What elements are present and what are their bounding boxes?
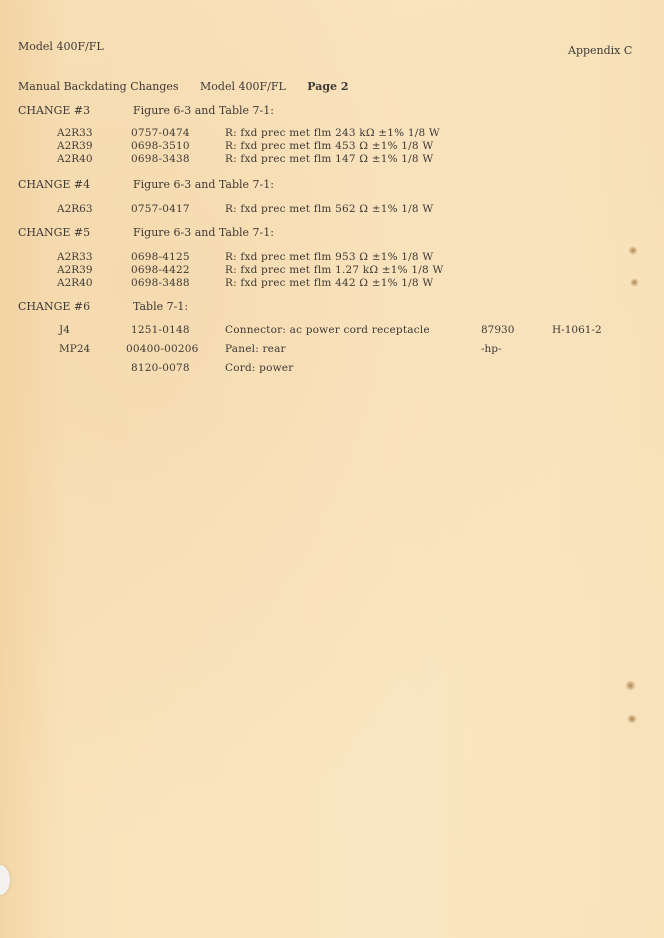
change-6-row-3-desc: Cord: power	[225, 362, 293, 374]
change-5-row-2-ref: A2R39	[57, 264, 93, 276]
change-3-row-3-ref: A2R40	[57, 153, 93, 165]
change-5-row-3-part: 0698-3488	[131, 277, 190, 289]
change-5-row-2-desc: R: fxd prec met flm 1.27 kΩ ±1% 1/8 W	[225, 264, 443, 276]
change-5-row-3-ref: A2R40	[57, 277, 93, 289]
change-5-row-1-desc: R: fxd prec met flm 953 Ω ±1% 1/8 W	[225, 251, 433, 263]
change-5-row-2-part: 0698-4422	[131, 264, 190, 276]
change-5-row-1-ref: A2R33	[57, 251, 93, 263]
subheader-model: Model 400F/FL	[200, 80, 286, 93]
header-model: Model 400F/FL	[18, 40, 104, 53]
subheader-page: Page 2	[307, 80, 348, 93]
change-4-row-1-desc: R: fxd prec met flm 562 Ω ±1% 1/8 W	[225, 203, 433, 215]
change-6-label: CHANGE #6	[18, 300, 90, 313]
change-6-row-1-mfr-part: H-1061-2	[552, 324, 602, 336]
change-6-row-2-part: 00400-00206	[126, 343, 199, 355]
change-3-row-1-part: 0757-0474	[131, 127, 190, 139]
change-3-row-1-desc: R: fxd prec met flm 243 kΩ ±1% 1/8 W	[225, 127, 440, 139]
change-6-row-3-part: 8120-0078	[131, 362, 190, 374]
change-5-row-3-desc: R: fxd prec met flm 442 Ω ±1% 1/8 W	[225, 277, 433, 289]
change-4-reference: Figure 6-3 and Table 7-1:	[133, 178, 274, 191]
change-3-row-2-part: 0698-3510	[131, 140, 190, 152]
change-6-row-1-ref: J4	[59, 324, 70, 336]
change-4-row-1-part: 0757-0417	[131, 203, 190, 215]
stain-mark	[627, 714, 637, 724]
stain-mark	[625, 680, 636, 691]
change-3-label: CHANGE #3	[18, 104, 90, 117]
change-3-row-1-ref: A2R33	[57, 127, 93, 139]
change-3-reference: Figure 6-3 and Table 7-1:	[133, 104, 274, 117]
change-6-row-2-desc: Panel: rear	[225, 343, 286, 355]
change-5-reference: Figure 6-3 and Table 7-1:	[133, 226, 274, 239]
change-5-label: CHANGE #5	[18, 226, 90, 239]
change-3-row-2-ref: A2R39	[57, 140, 93, 152]
change-6-row-1-part: 1251-0148	[131, 324, 190, 336]
stain-mark	[628, 246, 638, 255]
change-6-row-1-mfr: 87930	[481, 324, 514, 336]
change-5-row-1-part: 0698-4125	[131, 251, 190, 263]
change-4-row-1-ref: A2R63	[57, 203, 93, 215]
stain-mark	[630, 278, 639, 287]
binder-hole	[0, 865, 10, 895]
change-3-row-3-desc: R: fxd prec met flm 147 Ω ±1% 1/8 W	[225, 153, 433, 165]
subheader: Manual Backdating Changes Model 400F/FL …	[18, 80, 349, 93]
change-6-reference: Table 7-1:	[133, 300, 188, 313]
change-4-label: CHANGE #4	[18, 178, 90, 191]
change-6-row-2-ref: MP24	[59, 343, 90, 355]
change-3-row-2-desc: R: fxd prec met flm 453 Ω ±1% 1/8 W	[225, 140, 433, 152]
header-appendix: Appendix C	[568, 44, 632, 57]
subheader-title: Manual Backdating Changes	[18, 80, 179, 93]
change-6-row-2-mfr: -hp-	[481, 343, 502, 355]
change-6-row-1-desc: Connector: ac power cord receptacle	[225, 324, 430, 336]
change-3-row-3-part: 0698-3438	[131, 153, 190, 165]
